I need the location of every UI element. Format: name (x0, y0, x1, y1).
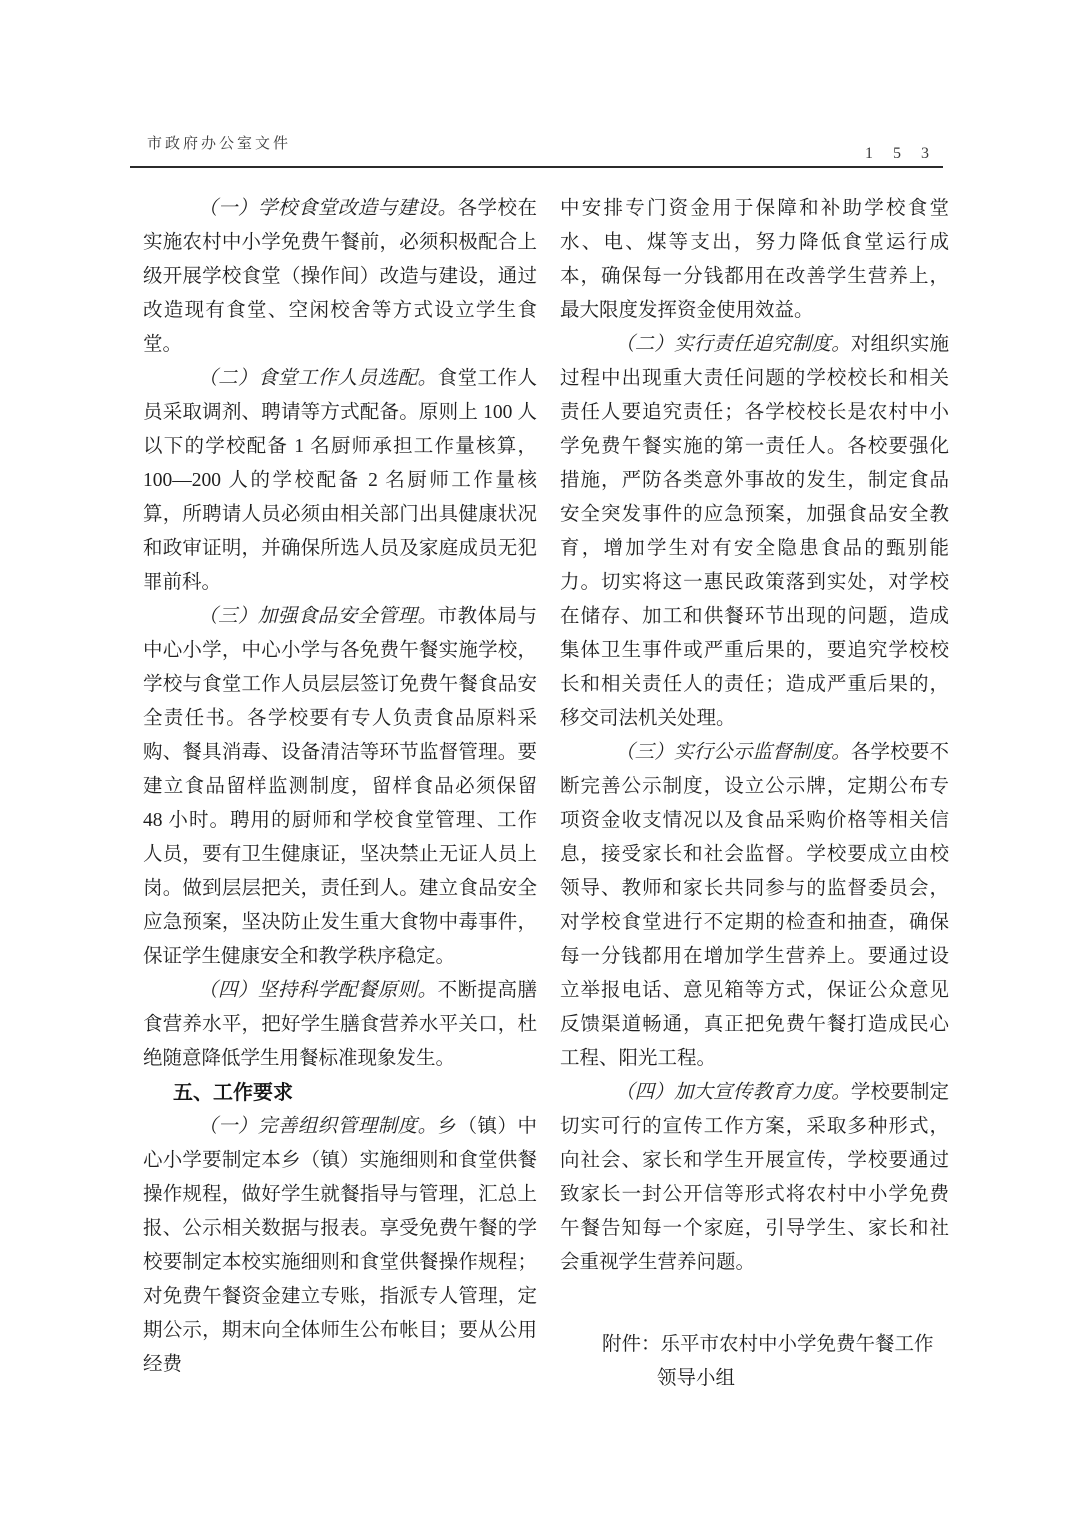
para-text: 学校要制定切实可行的宣传工作方案，采取多种形式，向社会、家长和学生开展宣传，学校… (560, 1082, 949, 1273)
attachment-line1: 附件：乐平市农村中小学免费午餐工作 (560, 1328, 949, 1362)
body-content: （一）学校食堂改造与建设。各学校在实施农村中小学免费午餐前，必须积极配合上级开展… (143, 192, 949, 1396)
paragraph: （四）加大宣传教育力度。学校要制定切实可行的宣传工作方案，采取多种形式，向社会、… (560, 1076, 949, 1280)
para-text: 市教体局与中心小学，中心小学与各免费午餐实施学校，学校与食堂工作人员层层签订免费… (143, 606, 537, 967)
page-number: 1 5 3 (865, 145, 937, 163)
lead-in: （二）食堂工作人员选配。 (198, 368, 438, 389)
attachment-block: 附件：乐平市农村中小学免费午餐工作 领导小组 (560, 1328, 949, 1396)
section-heading: 五、工作要求 (143, 1076, 537, 1110)
lead-in: （三）加强食品安全管理。 (198, 606, 438, 627)
paragraph: （四）坚持科学配餐原则。不断提高膳食营养水平，把好学生膳食营养水平关口，杜绝随意… (143, 974, 537, 1076)
paragraph-continuation: 中安排专门资金用于保障和补助学校食堂水、电、煤等支出，努力降低食堂运行成本，确保… (560, 192, 949, 328)
para-text: 食堂工作人员采取调剂、聘请等方式配备。原则上 100 人以下的学校配备 1 名厨… (143, 368, 537, 593)
paragraph: （三）实行公示监督制度。各学校要不断完善公示制度，设立公示牌，定期公布专项资金收… (560, 736, 949, 1076)
paragraph: （三）加强食品安全管理。市教体局与中心小学，中心小学与各免费午餐实施学校，学校与… (143, 600, 537, 974)
para-text: 乡（镇）中心小学要制定本乡（镇）实施细则和食堂供餐操作规程，做好学生就餐指导与管… (143, 1116, 537, 1375)
lead-in: （四）坚持科学配餐原则。 (198, 980, 438, 1001)
running-head: 市政府办公室文件 1 5 3 (130, 118, 943, 168)
paragraph: （二）食堂工作人员选配。食堂工作人员采取调剂、聘请等方式配备。原则上 100 人… (143, 362, 537, 600)
lead-in: （二）实行责任追究制度。 (615, 334, 851, 355)
lead-in: （一）完善组织管理制度。 (198, 1116, 438, 1137)
paragraph: （一）完善组织管理制度。乡（镇）中心小学要制定本乡（镇）实施细则和食堂供餐操作规… (143, 1110, 537, 1382)
lead-in: （一）学校食堂改造与建设。 (198, 198, 458, 219)
left-column: （一）学校食堂改造与建设。各学校在实施农村中小学免费午餐前，必须积极配合上级开展… (143, 192, 537, 1396)
para-text: 各学校在实施农村中小学免费午餐前，必须积极配合上级开展学校食堂（操作间）改造与建… (143, 198, 537, 355)
doc-label: 市政府办公室文件 (147, 132, 291, 153)
attachment-title: 乐平市农村中小学免费午餐工作 (661, 1334, 934, 1355)
lead-in: （四）加大宣传教育力度。 (615, 1082, 851, 1103)
attachment-line2: 领导小组 (560, 1362, 949, 1396)
para-text: 对组织实施过程中出现重大责任问题的学校校长和相关责任人要追究责任；各学校校长是农… (560, 334, 949, 729)
paragraph: （一）学校食堂改造与建设。各学校在实施农村中小学免费午餐前，必须积极配合上级开展… (143, 192, 537, 362)
lead-in: （三）实行公示监督制度。 (615, 742, 851, 763)
right-column: 中安排专门资金用于保障和补助学校食堂水、电、煤等支出，努力降低食堂运行成本，确保… (560, 192, 949, 1396)
para-text: 中安排专门资金用于保障和补助学校食堂水、电、煤等支出，努力降低食堂运行成本，确保… (560, 198, 949, 321)
para-text: 各学校要不断完善公示制度，设立公示牌，定期公布专项资金收支情况以及食品采购价格等… (560, 742, 949, 1069)
document-page: 市政府办公室文件 1 5 3 （一）学校食堂改造与建设。各学校在实施农村中小学免… (0, 0, 1074, 1520)
attachment-label: 附件： (602, 1334, 661, 1355)
paragraph: （二）实行责任追究制度。对组织实施过程中出现重大责任问题的学校校长和相关责任人要… (560, 328, 949, 736)
